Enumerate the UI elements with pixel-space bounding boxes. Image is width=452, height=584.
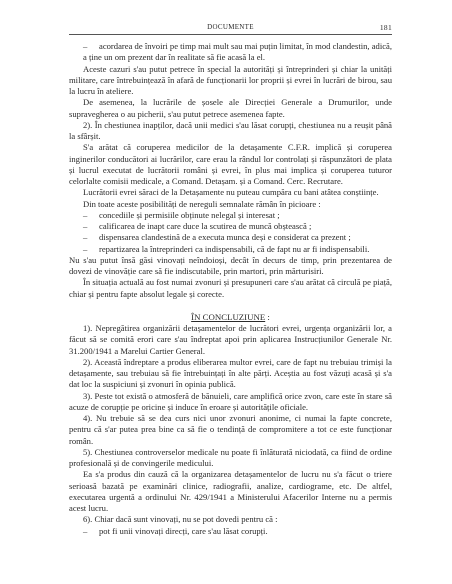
conclusion-paragraph: Ea s'a produs din cauză că la organizare… xyxy=(69,469,392,514)
paragraph: De asemenea, la lucrările de șosele ale … xyxy=(69,97,392,120)
section-heading-conclusion: ÎN CONCLUZIUNE : xyxy=(69,312,392,323)
conclusion-list-item: –pot fi unii vinovați direcți, care s'au… xyxy=(69,526,392,537)
irregularity-list-item: –calificarea de inapt care duce la scuti… xyxy=(69,221,392,232)
running-title: DOCUMENTE xyxy=(69,23,392,31)
dash-bullet: – xyxy=(83,232,99,243)
conclusion-paragraph: 2). Această îndreptare a produs eliberar… xyxy=(69,357,392,391)
conclusion-paragraph: 6). Chiar dacă sunt vinovați, nu se pot … xyxy=(69,514,392,525)
document-page: DOCUMENTE 181 –acordarea de învoiri pe t… xyxy=(69,20,392,537)
dash-bullet: – xyxy=(83,244,99,255)
dash-bullet: – xyxy=(83,526,99,537)
document-body: –acordarea de învoiri pe timp mai mult s… xyxy=(69,41,392,537)
paragraph: În situația actuală au fost numai zvonur… xyxy=(69,277,392,300)
dash-bullet: – xyxy=(83,41,99,52)
paragraph: S'a arătat că coruperea medicilor de la … xyxy=(69,142,392,187)
paragraph: Lucrătorii evrei săraci de la Detașament… xyxy=(69,187,392,198)
irregularity-list-item: –concediile și permisiile obținute neleg… xyxy=(69,210,392,221)
irregularity-list-item: –dispensarea clandestină de a executa mu… xyxy=(69,232,392,243)
irregularity-list-item: –repartizarea la întreprinderi ca indisp… xyxy=(69,244,392,255)
conclusion-paragraph: 3). Peste tot există o atmosferă de bănu… xyxy=(69,391,392,414)
paragraph: 2). În chestiunea inapților, dacă unii m… xyxy=(69,120,392,143)
dash-bullet: – xyxy=(83,210,99,221)
paragraph: Nu s'au putut însă găsi vinovați neîndoi… xyxy=(69,255,392,278)
conclusion-paragraph: 1). Nepregătirea organizării detașamente… xyxy=(69,323,392,357)
dash-list-item: –acordarea de învoiri pe timp mai mult s… xyxy=(69,41,392,64)
paragraph: Din toate aceste posibilități de neregul… xyxy=(69,199,392,210)
paragraph: Aceste cazuri s'au putut petrece în spec… xyxy=(69,64,392,98)
conclusion-paragraph: 4). Nu trebuie să se dea curs nici unor … xyxy=(69,413,392,447)
page-number: 181 xyxy=(380,23,392,32)
running-header: DOCUMENTE 181 xyxy=(69,20,392,35)
dash-bullet: – xyxy=(83,221,99,232)
conclusion-paragraph: 5). Chestiunea controverselor medicale n… xyxy=(69,447,392,470)
